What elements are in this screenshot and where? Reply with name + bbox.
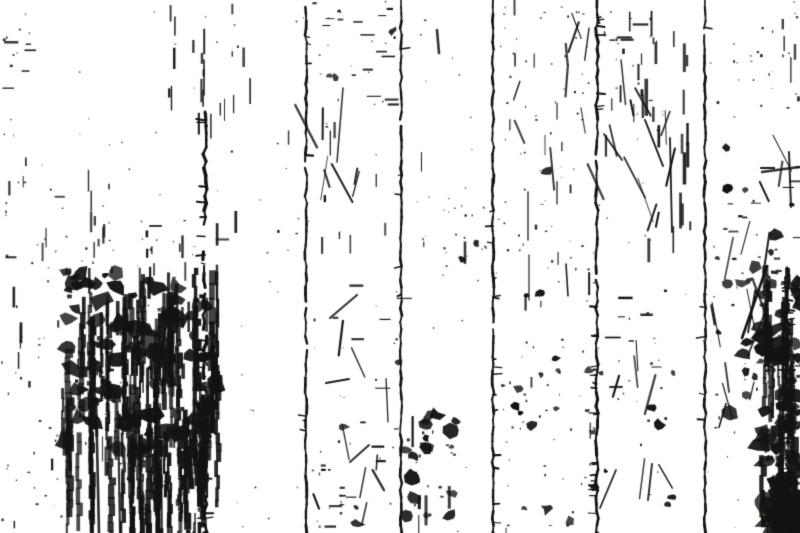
grunge-texture-background — [0, 0, 800, 533]
wood-plank-grunge-canvas — [0, 0, 800, 533]
